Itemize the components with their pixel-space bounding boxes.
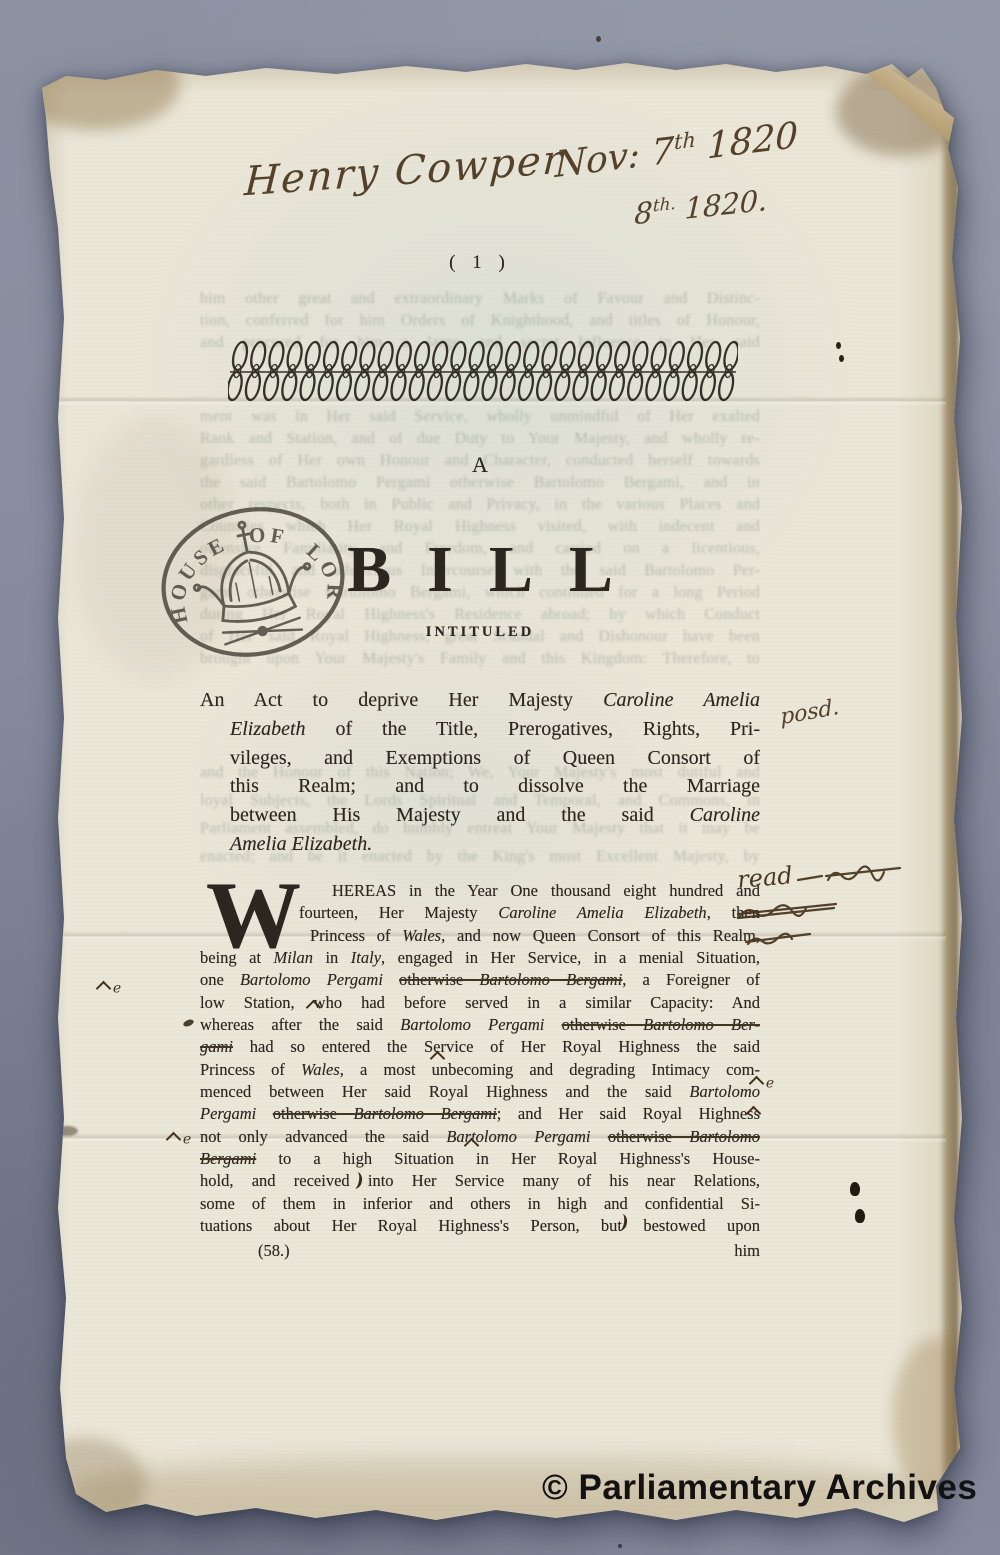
ink-marks-layer: eee	[36, 58, 962, 1534]
caret-e-mark: e	[96, 981, 112, 997]
blot-small-mark	[182, 1018, 194, 1028]
caret-mark	[306, 1000, 322, 1016]
caret-mark	[746, 1106, 762, 1122]
insert-mark	[352, 1171, 364, 1189]
caret-mark	[464, 1138, 480, 1154]
caret-mark	[430, 1051, 446, 1067]
blot-mark	[855, 1209, 865, 1223]
copyright-watermark: © Parliamentary Archives	[542, 1468, 977, 1508]
dust-speck	[618, 1544, 622, 1548]
dot-mark	[839, 355, 844, 362]
dot-mark	[836, 342, 841, 349]
caret-e-mark: e	[749, 1076, 765, 1092]
insert-mark	[617, 1213, 629, 1231]
caret-e-mark: e	[166, 1132, 182, 1148]
dust-speck	[596, 36, 601, 42]
document-page: him other great and extraordinary Marks …	[36, 58, 962, 1534]
blot-mark	[850, 1182, 860, 1196]
photo-of-document: him other great and extraordinary Marks …	[36, 58, 962, 1534]
